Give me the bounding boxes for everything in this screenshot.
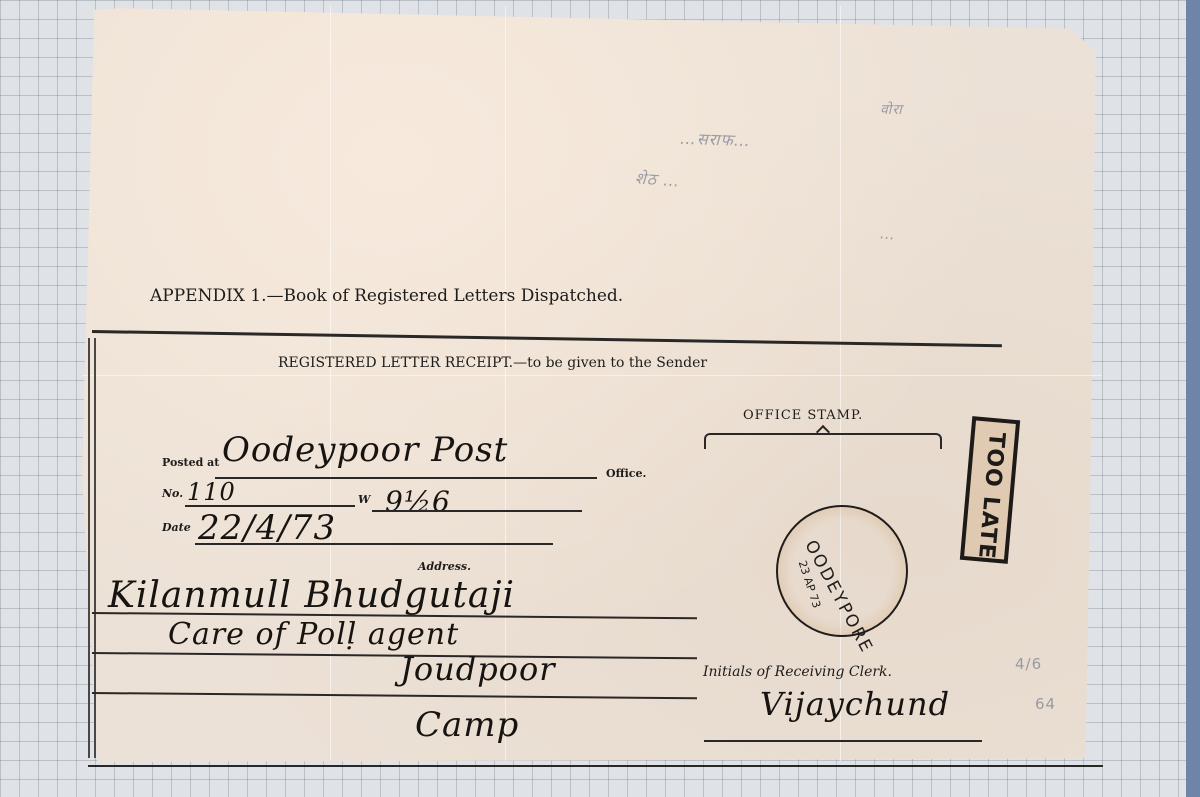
address-line-2: Care of Polḷ agent bbox=[168, 617, 459, 652]
date-value: 22/4/73 bbox=[198, 508, 336, 548]
address-label: Address. bbox=[418, 560, 471, 573]
bottom-rule bbox=[88, 765, 1103, 767]
fold-line bbox=[505, 6, 506, 761]
w-value: 9½6 bbox=[385, 485, 451, 518]
form-border bbox=[94, 338, 96, 758]
form-border bbox=[88, 338, 90, 758]
w-label: W bbox=[358, 493, 370, 506]
no-label: No. bbox=[162, 487, 183, 500]
posted-at-line bbox=[215, 477, 597, 479]
address-line-4: Camp bbox=[415, 705, 519, 745]
pencil-margin-number: 4/6 bbox=[1015, 655, 1042, 673]
postmark-circular-stamp: OODEYPORE 23 AP 73 bbox=[776, 505, 908, 637]
receipt-subheading: REGISTERED LETTER RECEIPT.—to be given t… bbox=[278, 355, 707, 371]
w-line bbox=[372, 510, 582, 512]
date-line bbox=[195, 543, 553, 545]
initials-line bbox=[704, 740, 982, 742]
no-line bbox=[185, 505, 355, 507]
address-line-1: Kilanmull Bhudgutaji bbox=[108, 575, 515, 616]
too-late-text: TOO LATE bbox=[973, 431, 1009, 560]
fold-line bbox=[840, 6, 841, 761]
pencil-note: वोरा bbox=[880, 100, 903, 119]
pencil-note: …सराफ… bbox=[680, 127, 752, 151]
initials-value: Vijaychund bbox=[760, 685, 950, 723]
appendix-heading: APPENDIX 1.—Book of Registered Letters D… bbox=[150, 286, 623, 306]
no-value: 110 bbox=[187, 478, 236, 506]
background-blue-edge bbox=[1186, 0, 1200, 797]
pencil-margin-number: 64 bbox=[1035, 695, 1056, 713]
office-label: Office. bbox=[606, 467, 646, 480]
posted-at-label: Posted at bbox=[162, 456, 219, 469]
initials-label: Initials of Receiving Clerk. bbox=[703, 664, 892, 680]
address-line-3: Joudpoor bbox=[400, 650, 556, 688]
office-stamp-label: OFFICE STAMP. bbox=[743, 408, 863, 423]
pencil-note: शेठ … bbox=[634, 166, 681, 191]
date-label: Date bbox=[162, 521, 191, 534]
posted-at-value: Oodeypoor Post bbox=[222, 430, 508, 470]
pencil-note: … bbox=[879, 224, 897, 243]
fold-line bbox=[82, 375, 1102, 376]
document-paper bbox=[82, 6, 1106, 766]
